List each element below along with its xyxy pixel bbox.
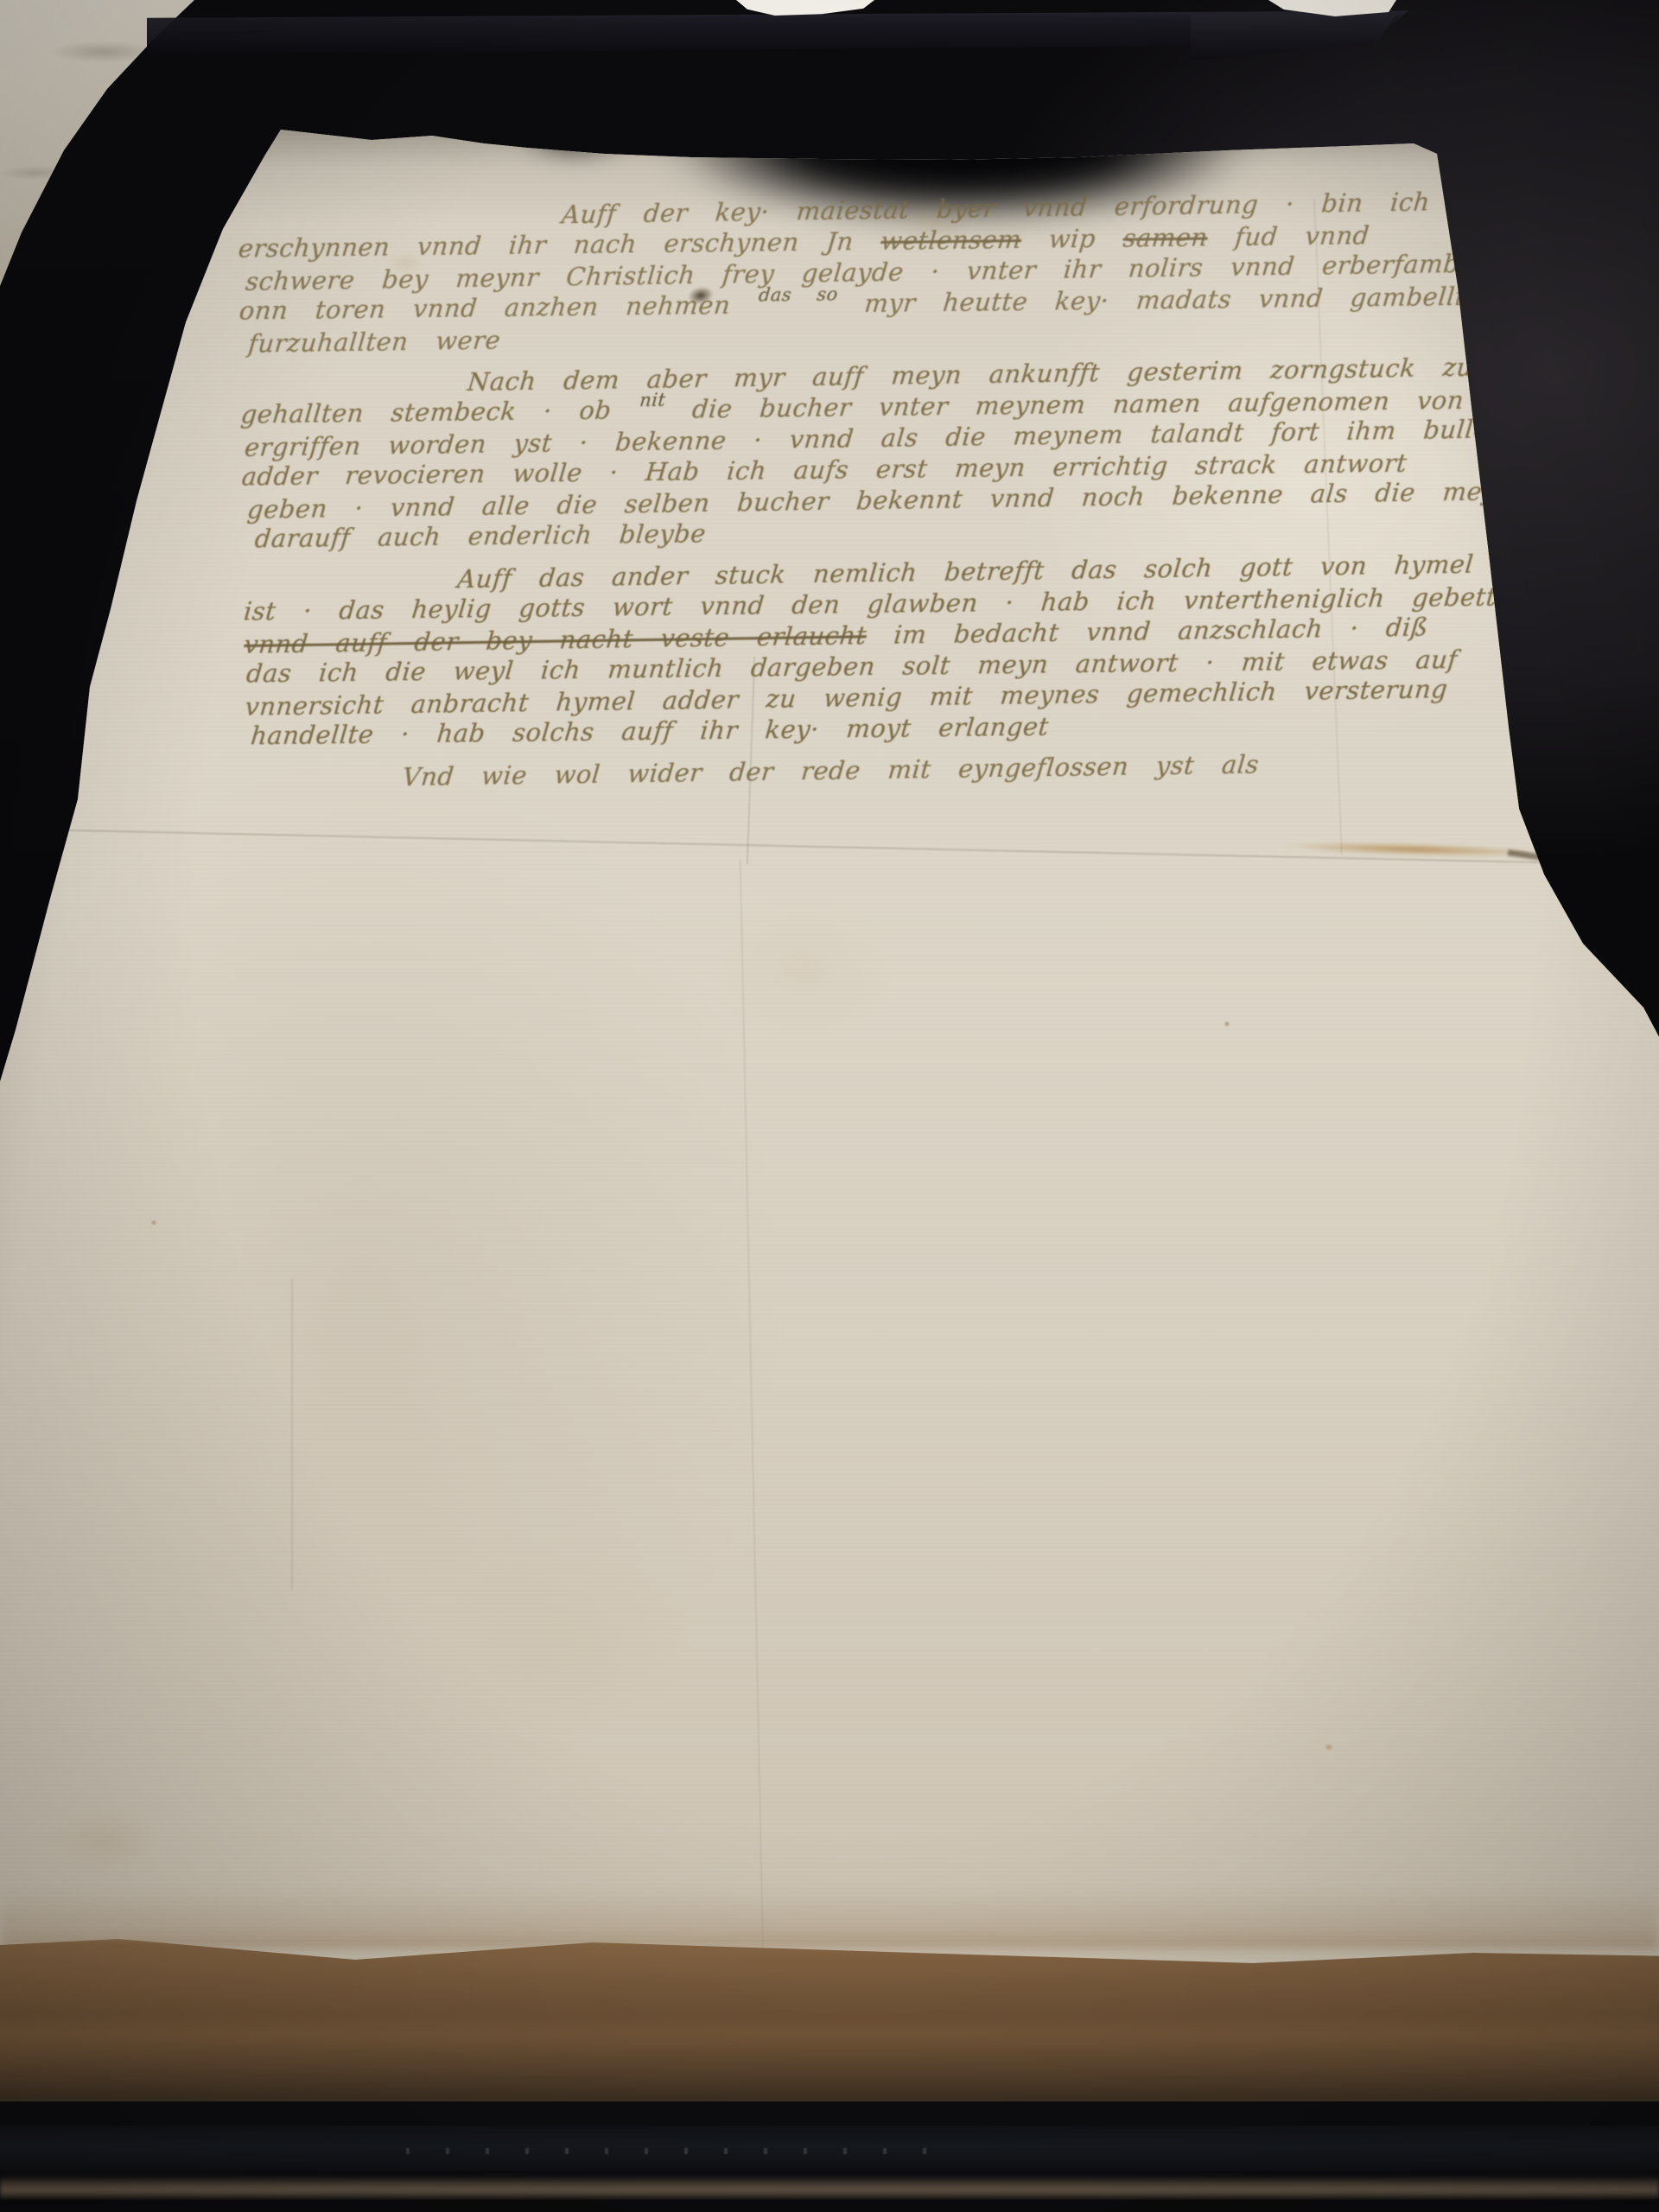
handwriting-paragraph: Auff das ander stuck nemlich betrefft da… <box>243 548 1541 753</box>
handwriting-insertion: nit <box>639 390 666 410</box>
handwriting-segment: wip <box>1020 224 1125 254</box>
manuscript-paper: Auff der key· maiestat byer vnnd erfordr… <box>0 0 1659 2212</box>
white-document-edge-left <box>736 0 874 16</box>
display-stand-corner <box>1191 10 1396 60</box>
handwriting-segment: onn toren vnnd anzhen nehmen <box>238 290 759 326</box>
handwriting-segment: gehallten stembeck · ob <box>239 395 640 429</box>
handwriting-segment: fud vnnd <box>1206 220 1370 251</box>
handwriting-block: Auff der key· maiestat byer vnnd erfordr… <box>238 185 1542 795</box>
handwriting-paragraph: Auff der key· maiestat byer vnnd erfordr… <box>238 185 1536 359</box>
handwriting-segment-struck: wetlensem <box>880 225 1023 256</box>
bottom-black-edge <box>0 2200 1659 2212</box>
bottom-wood-stripe <box>0 2176 1659 2200</box>
handwriting-segment: darauff auch enderlich bleybe <box>253 518 707 553</box>
handwriting-segment-struck: samen <box>1122 222 1209 252</box>
handwriting-segment: furzuhallten were <box>247 325 502 358</box>
paper-to-table-fade <box>0 1888 1659 1948</box>
handwriting-paragraph: Nach dem aber myr auff meyn ankunfft ges… <box>240 351 1539 556</box>
vertical-fold-crease-left <box>291 1279 293 1590</box>
photo-scene: Auff der key· maiestat byer vnnd erfordr… <box>0 0 1659 2212</box>
table-edge-blur <box>0 1935 1659 2108</box>
bottom-frame-reflections <box>406 2148 942 2154</box>
handwriting-insertion: das so <box>758 284 839 306</box>
